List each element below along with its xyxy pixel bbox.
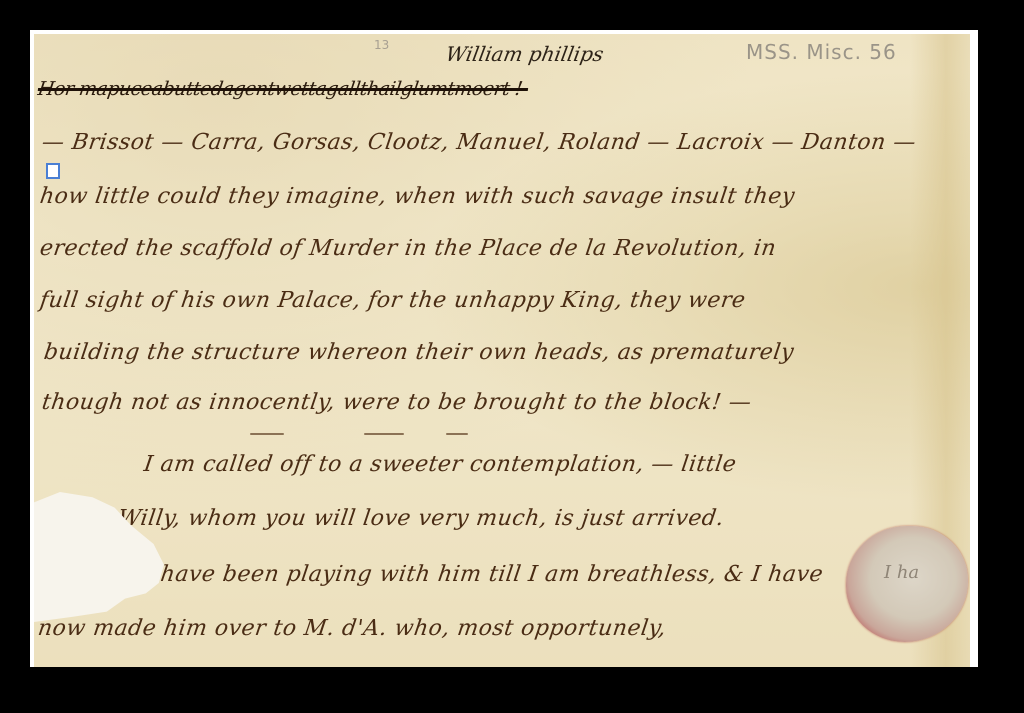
separator-dash: [250, 433, 284, 435]
separator-dash: [364, 433, 404, 435]
separator-dash: [446, 433, 468, 435]
struck-through-line: Hor mapuceabuttedagentwettagallthailglum…: [36, 78, 529, 100]
signature-annotation: William phillips: [444, 42, 606, 66]
paragraph2-line-3: I have been playing with him till I am b…: [142, 562, 825, 587]
document-frame: 13 William phillips MSS. Misc. 56 Hor ma…: [30, 30, 978, 667]
paragraph2-line-2: Willy, whom you will love very much, is …: [116, 506, 725, 531]
text-line-3: erected the scaffold of Murder in the Pl…: [38, 236, 778, 261]
shelfmark-label: MSS. Misc. 56: [746, 40, 897, 64]
text-line-5: building the structure whereon their own…: [42, 340, 795, 365]
text-line-1: — Brissot — Carra, Gorsas, Clootz, Manue…: [40, 130, 917, 155]
manuscript-page: 13 William phillips MSS. Misc. 56 Hor ma…: [34, 34, 970, 667]
text-line-6: though not as innocently, were to be bro…: [40, 390, 753, 415]
selection-marker-icon[interactable]: [46, 163, 60, 179]
text-line-4: full sight of his own Palace, for the un…: [38, 288, 747, 313]
seal-fragment-text: I ha: [884, 562, 919, 583]
paragraph2-line-4: now made him over to M. d'A. who, most o…: [36, 616, 668, 641]
paragraph2-line-1: I am called off to a sweeter contemplati…: [142, 452, 738, 477]
folio-number: 13: [374, 38, 389, 52]
text-line-2: how little could they imagine, when with…: [38, 184, 796, 209]
